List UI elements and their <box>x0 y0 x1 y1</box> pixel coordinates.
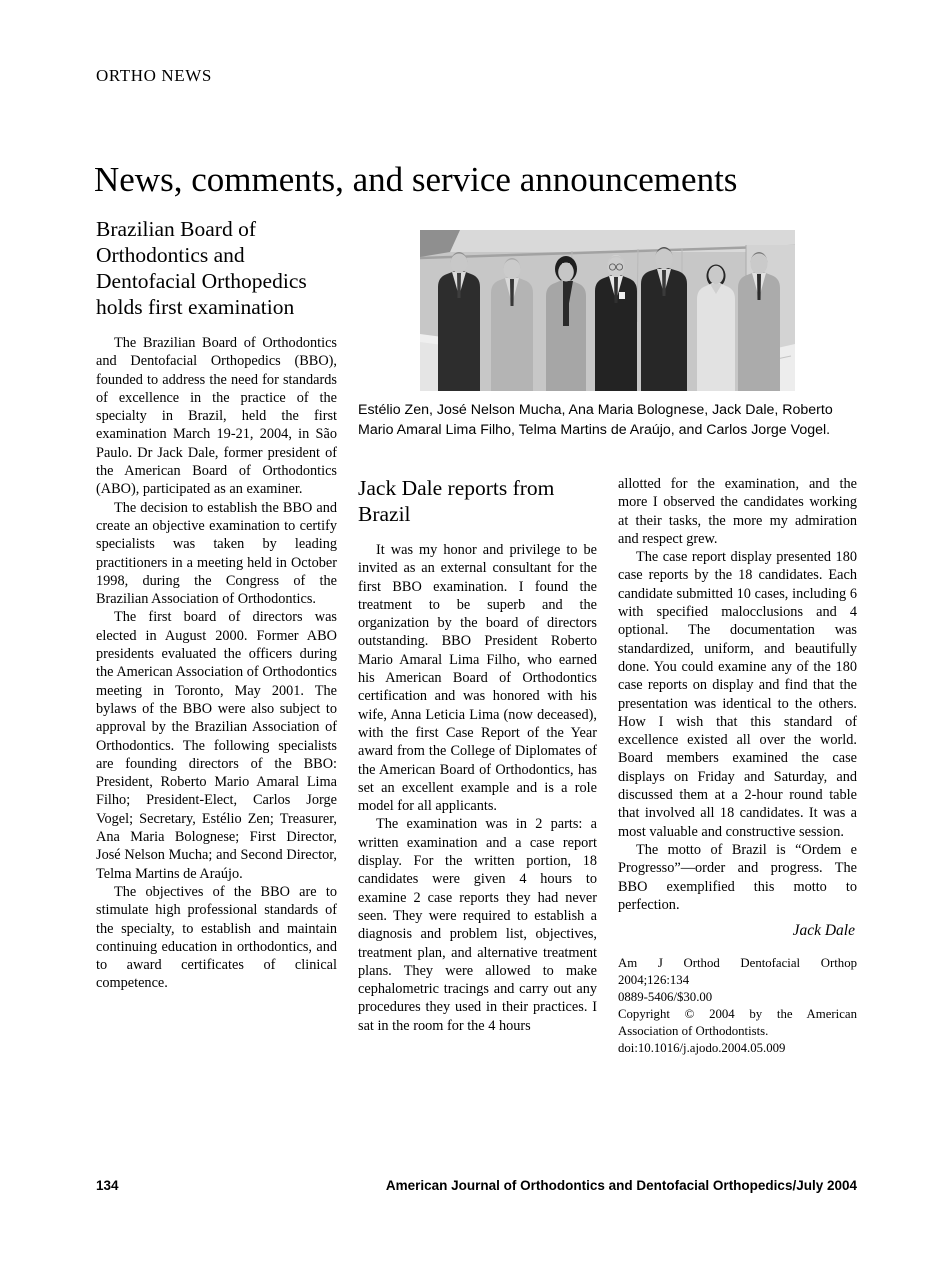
report-column-2: allotted for the examination, and the mo… <box>618 475 857 1057</box>
photo-caption: Estélio Zen, José Nelson Mucha, Ana Mari… <box>358 401 857 440</box>
page-content: Brazilian Board of Orthodontics and Dent… <box>96 216 857 1057</box>
section-kicker: ORTHO NEWS <box>96 66 212 86</box>
article-bbo-heading: Brazilian Board of Orthodontics and Dent… <box>96 216 337 320</box>
report-paragraph: allotted for the examination, and the mo… <box>618 475 857 548</box>
report-column-1: Jack Dale reports from Brazil It was my … <box>358 475 597 1057</box>
report-columns: Jack Dale reports from Brazil It was my … <box>358 475 857 1057</box>
citation-line: Copyright © 2004 by the American Associa… <box>618 1006 857 1040</box>
article-bbo-paragraph: The objectives of the BBO are to stimula… <box>96 883 337 993</box>
journal-page: ORTHO NEWS News, comments, and service a… <box>0 0 950 1272</box>
page-title: News, comments, and service announcement… <box>94 159 894 201</box>
citation-line: Am J Orthod Dentofacial Orthop 2004;126:… <box>618 955 857 989</box>
report-heading: Jack Dale reports from Brazil <box>358 475 597 527</box>
photo-and-report-region: Estélio Zen, José Nelson Mucha, Ana Mari… <box>358 216 857 1057</box>
article-bbo-paragraph: The first board of directors was elected… <box>96 608 337 882</box>
citation-block: Am J Orthod Dentofacial Orthop 2004;126:… <box>618 955 857 1057</box>
journal-footer-line: American Journal of Orthodontics and Den… <box>386 1178 857 1193</box>
article-bbo-paragraph: The decision to establish the BBO and cr… <box>96 499 337 609</box>
page-number: 134 <box>96 1178 119 1193</box>
page-footer: 134 American Journal of Orthodontics and… <box>96 1178 857 1193</box>
report-paragraph: The case report display presented 180 ca… <box>618 548 857 841</box>
citation-line: doi:10.1016/j.ajodo.2004.05.009 <box>618 1040 857 1057</box>
group-photo <box>420 230 795 391</box>
group-photo-figure <box>420 230 795 391</box>
report-paragraph: It was my honor and privilege to be invi… <box>358 541 597 815</box>
citation-line: 0889-5406/$30.00 <box>618 989 857 1006</box>
article-bbo: Brazilian Board of Orthodontics and Dent… <box>96 216 337 1057</box>
report-paragraph: The motto of Brazil is “Ordem e Progress… <box>618 841 857 914</box>
report-paragraph: The examination was in 2 parts: a writte… <box>358 815 597 1035</box>
article-bbo-paragraph: The Brazilian Board of Orthodontics and … <box>96 334 337 499</box>
author-signature: Jack Dale <box>618 921 857 940</box>
